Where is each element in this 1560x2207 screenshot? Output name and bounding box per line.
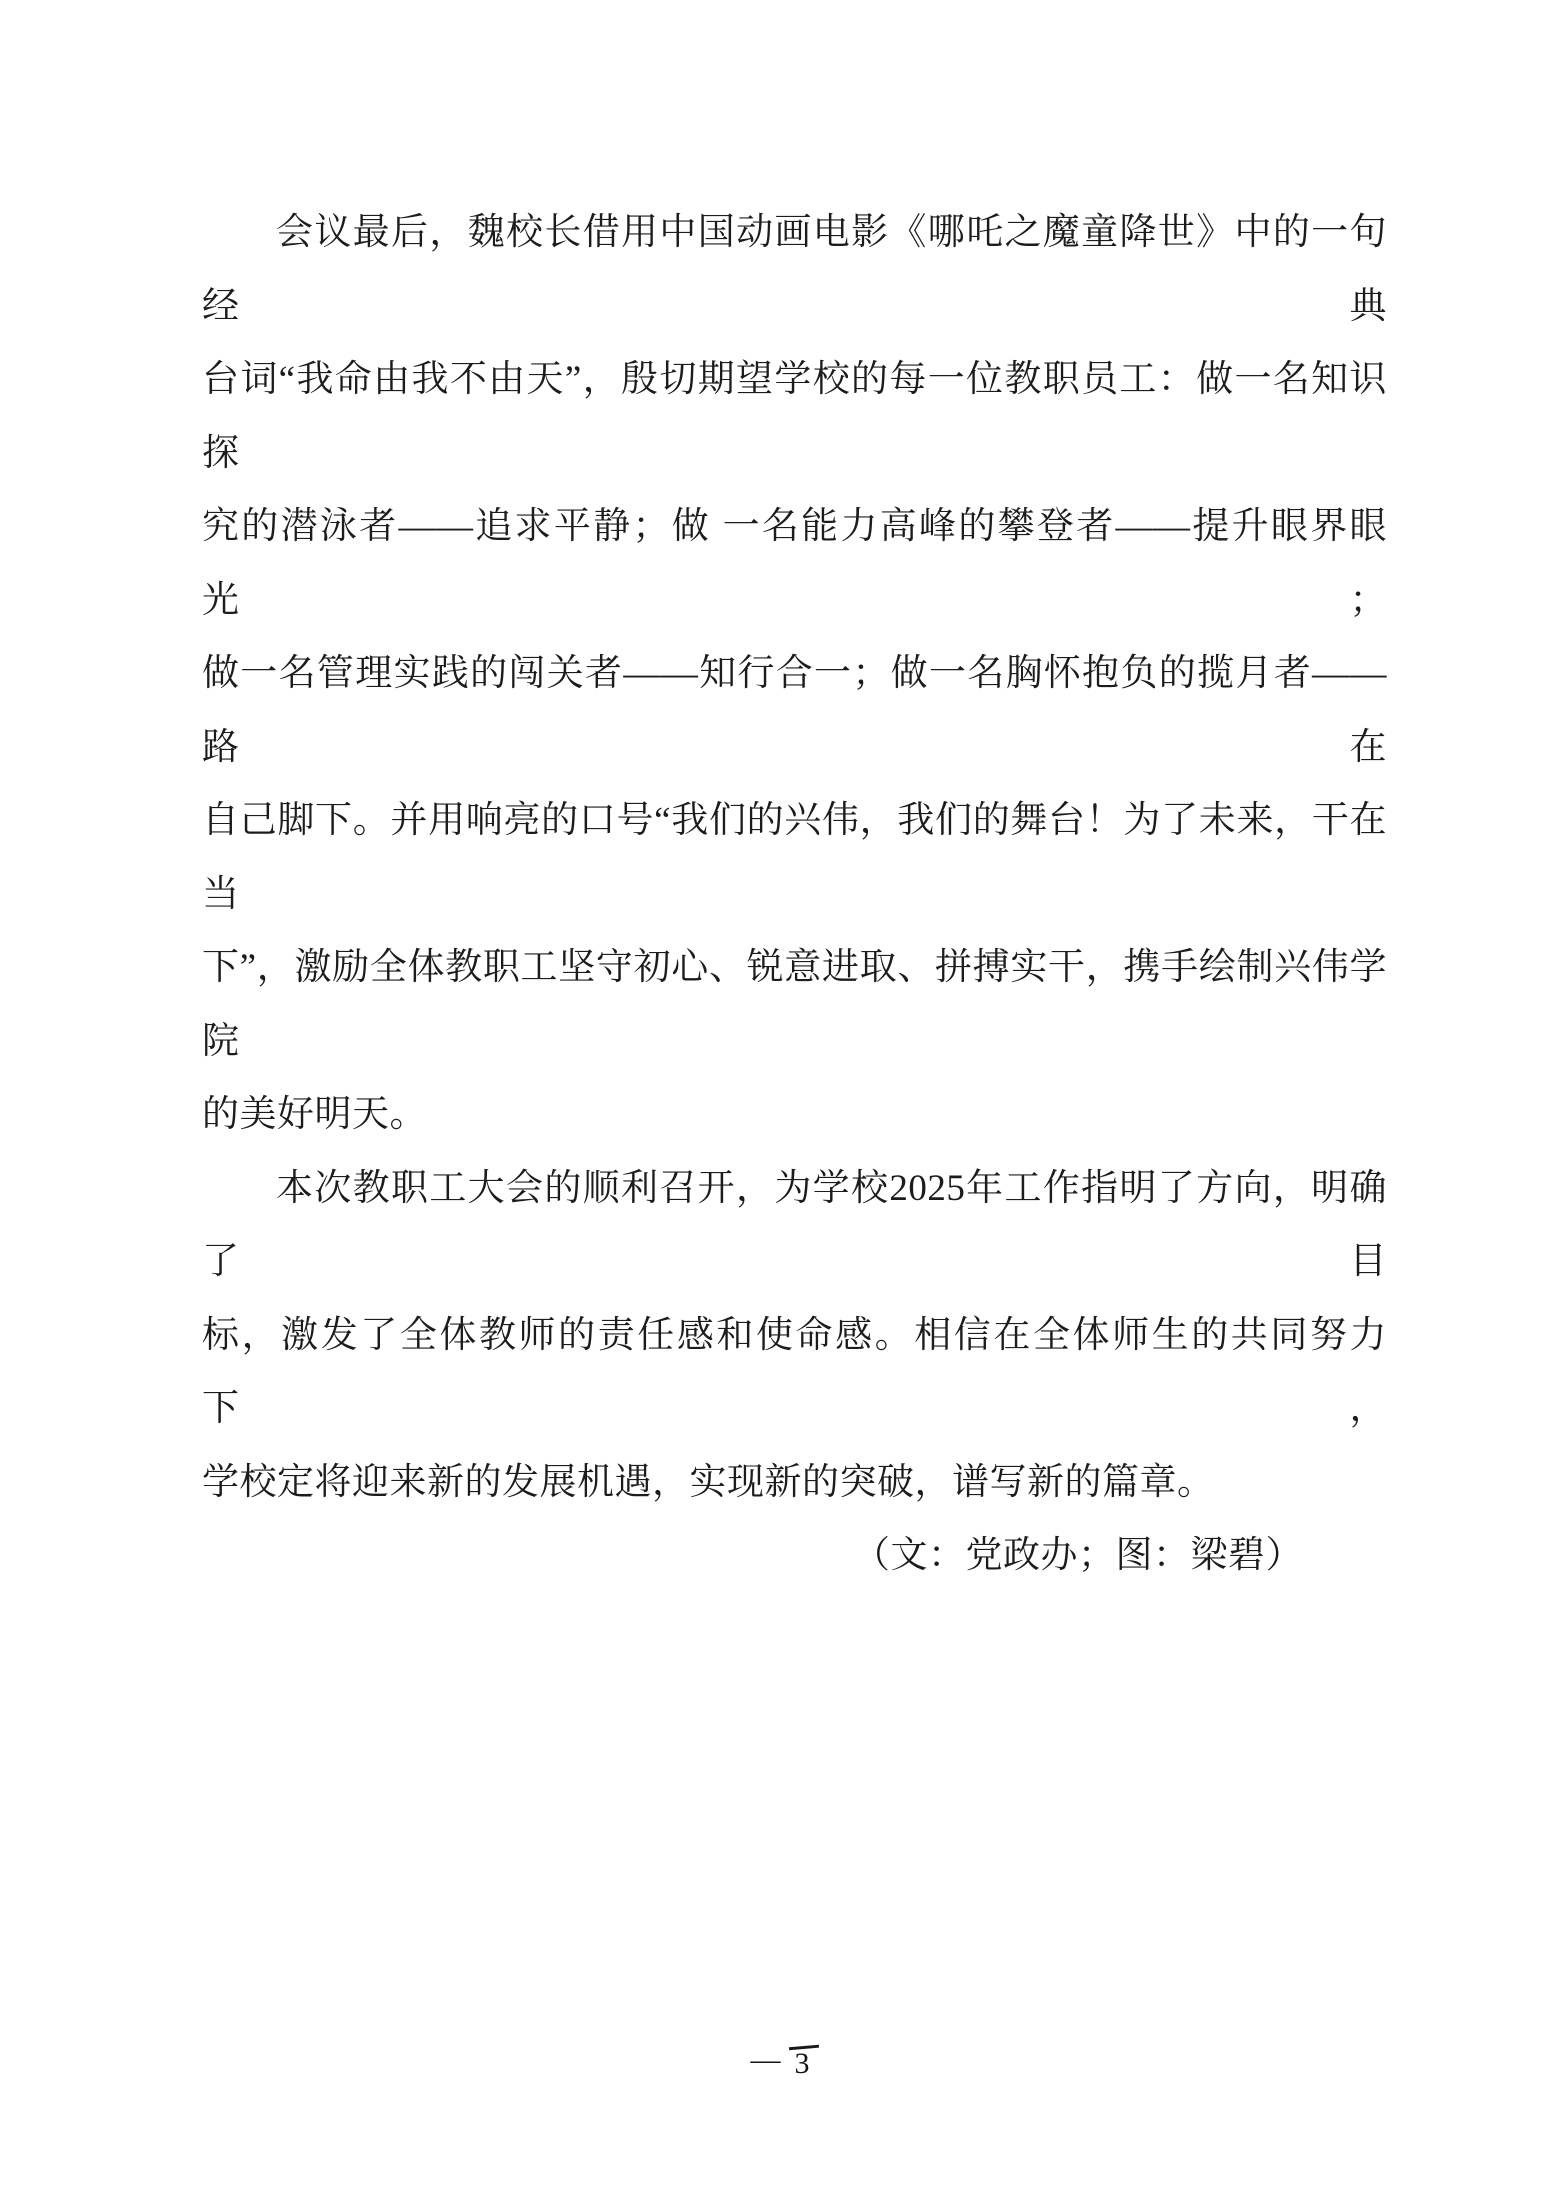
body-line: 学校定将迎来新的发展机遇，实现新的突破，谱写新的篇章。 bbox=[202, 1446, 1387, 1520]
body-line: 会议最后，魏校长借用中国动画电影《哪吒之魔童降世》中的一句经典 bbox=[202, 196, 1387, 343]
page-number-dash: — bbox=[751, 2038, 781, 2082]
body-line: 的美好明天。 bbox=[202, 1078, 1387, 1152]
body-line: 本次教职工大会的顺利召开，为学校2025年工作指明了方向，明确了目 bbox=[202, 1152, 1387, 1299]
body-line: 自己脚下。并用响亮的口号“我们的兴伟，我们的舞台！为了未来，干在当 bbox=[202, 784, 1387, 931]
page-number: 3 bbox=[795, 2042, 810, 2086]
document-body-text: 会议最后，魏校长借用中国动画电影《哪吒之魔童降世》中的一句经典 台词“我命由我不… bbox=[202, 196, 1387, 1593]
body-line: 做一名管理实践的闯关者——知行合一；做一名胸怀抱负的揽月者——路在 bbox=[202, 637, 1387, 784]
body-line: 下”，激励全体教职工坚守初心、锐意进取、拼搏实干，携手绘制兴伟学院 bbox=[202, 931, 1387, 1078]
body-line: 台词“我命由我不由天”，殷切期望学校的每一位教职员工：做一名知识探 bbox=[202, 343, 1387, 490]
body-line: 究的潜泳者——追求平静；做 一名能力高峰的攀登者——提升眼界眼光； bbox=[202, 490, 1387, 637]
body-line: 标，激发了全体教师的责任感和使命感。相信在全体师生的共同努力下， bbox=[202, 1299, 1387, 1446]
document-page: 会议最后，魏校长借用中国动画电影《哪吒之魔童降世》中的一句经典 台词“我命由我不… bbox=[0, 0, 1560, 2207]
byline: （文：党政办；图：梁碧） bbox=[202, 1519, 1387, 1593]
page-footer: —3 bbox=[0, 2042, 1560, 2086]
